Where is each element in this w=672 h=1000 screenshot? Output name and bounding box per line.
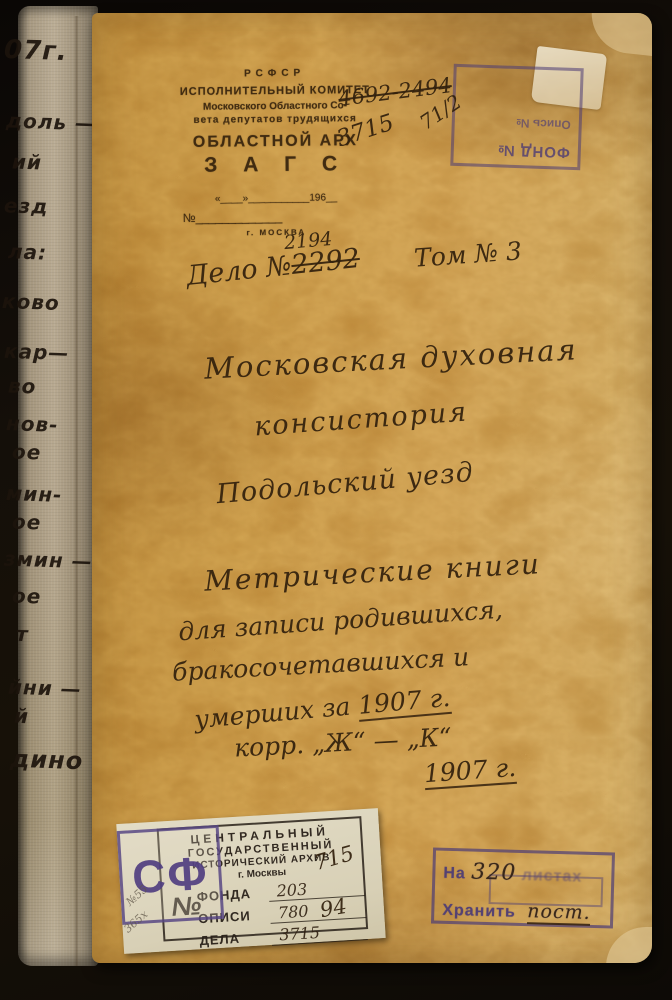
archive-label-border-box: ЦЕНТРАЛЬНЫЙ ГОСУДАРСТВЕННЫЙ ИСТОРИЧЕСКИЙ… (157, 816, 369, 941)
spine-text-fragment: нов- (6, 411, 59, 437)
spine-text-fragment: йни — (8, 675, 83, 702)
sf-purple-stamp: СФ (117, 825, 225, 925)
spine-text-fragment: ое (12, 509, 42, 534)
stamp-date-blank: «____»___________196__ (168, 192, 383, 205)
inverted-purple-stamp: ФОНД № Опись № (450, 64, 583, 170)
spine-text-fragment: ий (12, 149, 43, 174)
year-line: 1907 г. (423, 753, 517, 790)
spine-text-fragment: 07г. (3, 35, 68, 67)
archive-paper-label: ЦЕНТРАЛЬНЫЙ ГОСУДАРСТВЕННЫЙ ИСТОРИЧЕСКИЙ… (116, 808, 385, 954)
inverted-stamp-fond-line: ФОНД № (462, 140, 571, 161)
spine-text-fragment: ое (12, 583, 42, 608)
spine-text-fragment: ла: (8, 239, 48, 264)
photo-of-archival-book-cover: 07г. доль — ий езд ла: ково кар— во нов-… (0, 0, 672, 1000)
keep-line1-prefix: На (443, 865, 466, 883)
spine-text-fragment: доль — (6, 108, 97, 135)
spine-text-fragment: во (8, 374, 37, 399)
spine-crease (74, 16, 79, 966)
spine-text-fragment: дино (10, 745, 84, 776)
stamp-number-blank: №_____________ (169, 209, 384, 225)
spine-text-fragment: ково (2, 289, 61, 315)
spine-text-fragment: змин — (4, 546, 94, 573)
label-row-delo-label: ДЕЛА (199, 929, 272, 948)
note-94: 94 (318, 894, 348, 922)
stamp-line-rsfsr: РСФСР (167, 67, 382, 80)
inverted-stamp-opis-line: Опись № (463, 114, 571, 132)
keep-line1-sheets-count: 320 (471, 860, 517, 886)
spine-text-fragment: ое (12, 439, 42, 464)
keep-line2-prefix: Хранить (442, 902, 516, 921)
stamp-line-zags: З А Г С (168, 152, 383, 178)
keep-line2-value: пост. (527, 900, 591, 926)
keep-line1-sheets-word: листах (521, 867, 582, 886)
keep-permanently-stamp: На 320 листах Хранить пост. (431, 847, 615, 928)
keep-stamp-line1: На 320 листах (443, 859, 606, 889)
spine-text-fragment: т (16, 622, 29, 646)
spine-text-fragment: кар— (4, 339, 70, 365)
spine-text-fragment: езд (4, 193, 49, 219)
spine-text-fragment: мин- (6, 481, 63, 507)
spine-text-fragment: й (14, 704, 30, 729)
keep-stamp-line2: Хранить пост. (442, 898, 605, 925)
book-spine: 07г. доль — ий езд ла: ково кар— во нов-… (18, 6, 98, 966)
